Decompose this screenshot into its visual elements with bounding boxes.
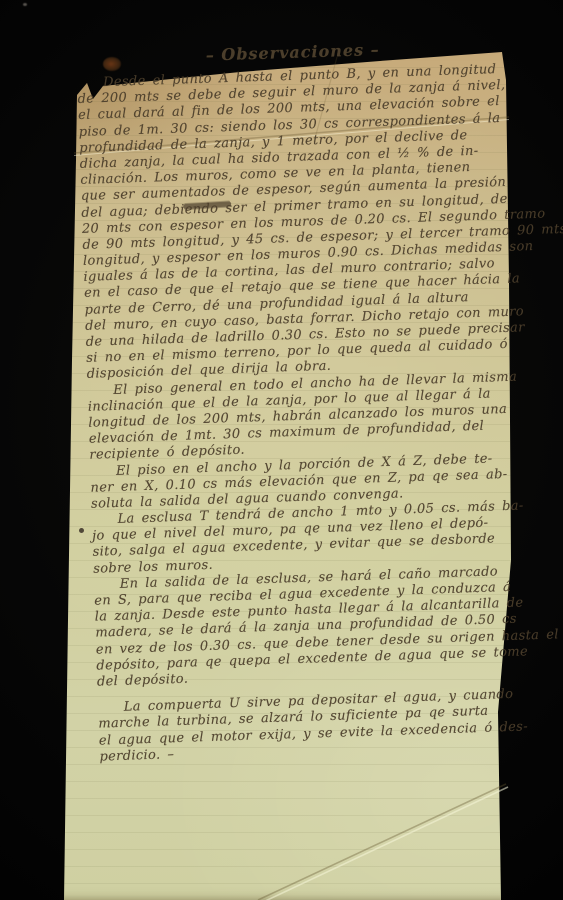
ink-blot — [79, 528, 84, 533]
manuscript-text: – Observaciones – Desde el punto A hasta… — [76, 36, 532, 766]
photo-background: – Observaciones – Desde el punto A hasta… — [0, 0, 563, 900]
dust-speck — [23, 3, 27, 6]
manuscript-lines: Desde el punto A hasta el punto B, y en … — [77, 62, 533, 766]
